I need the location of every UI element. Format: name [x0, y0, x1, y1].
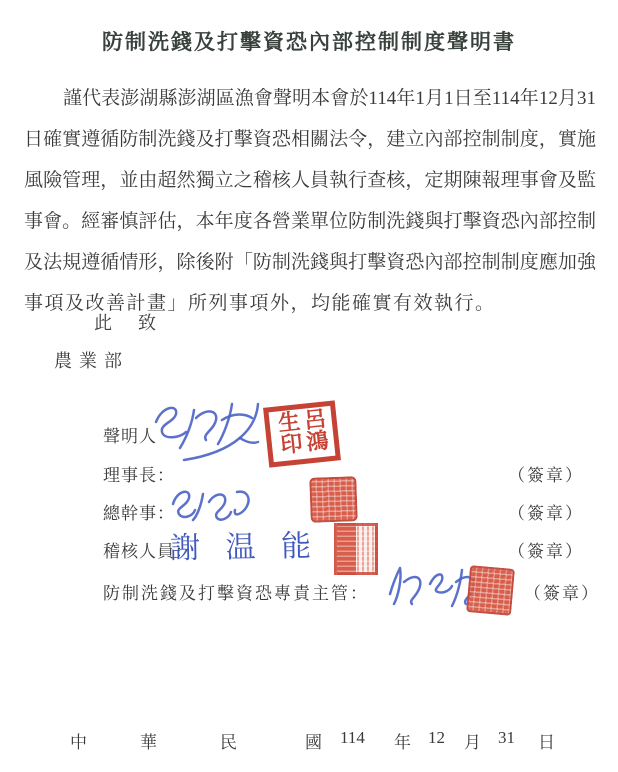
declarant-name-seal: 呂鴻生印	[263, 400, 341, 467]
declarant-handwritten-signature	[140, 394, 275, 470]
auditor-sign-stamp-note: （簽章）	[508, 537, 584, 562]
date-char: 國	[305, 728, 322, 753]
chairman-sign-stamp-note: （簽章）	[508, 461, 584, 486]
date-year-label: 年	[394, 728, 411, 753]
aml-officer-label: 防制洗錢及打擊資恐專責主管：	[103, 579, 369, 604]
roc-date-line: 中 華 民 國 114 年 12 月 31 日	[0, 728, 618, 752]
recipient-agency: 農業部	[54, 347, 129, 373]
declarant-seal-text: 呂鴻生印	[274, 406, 331, 461]
body-line: 風險管理，並由超然獨立之稽核人員執行查核，定期陳報理事會及監	[24, 160, 596, 201]
auditor-name-seal	[334, 523, 378, 575]
date-year-value: 114	[340, 728, 365, 748]
body-line: 及法規遵循情形，除後附「防制洗錢與打擊資恐內部控制制度應加強	[24, 242, 596, 283]
director-general-handwritten-signature	[163, 480, 255, 526]
aml-officer-name-seal	[466, 565, 515, 616]
salutation: 此 致	[94, 309, 160, 335]
body-line: 事會。經審慎評估，本年度各營業單位防制洗錢與打擊資恐內部控制	[24, 201, 596, 242]
date-day-label: 日	[538, 728, 555, 753]
date-month-value: 12	[428, 728, 445, 748]
date-day-value: 31	[498, 728, 515, 748]
body-paragraph: 謹代表澎湖縣澎湖區漁會聲明本會於114年1月1日至114年12月31 日確實遵循…	[24, 78, 596, 324]
aml-officer-sign-stamp-note: （簽章）	[524, 579, 600, 604]
body-line: 日確實遵循防制洗錢及打擊資恐相關法令，建立內部控制制度，實施	[24, 119, 596, 160]
date-char: 華	[140, 728, 157, 753]
page-title: 防制洗錢及打擊資恐內部控制制度聲明書	[0, 26, 618, 56]
date-char: 中	[70, 728, 87, 753]
date-char: 民	[220, 728, 237, 753]
director-general-sign-stamp-note: （簽章）	[508, 499, 584, 524]
date-month-label: 月	[464, 728, 481, 753]
director-general-name-seal	[309, 476, 358, 523]
body-line: 謹代表澎湖縣澎湖區漁會聲明本會於114年1月1日至114年12月31	[24, 78, 596, 119]
auditor-handwritten-name: 謝 温 能	[170, 521, 321, 568]
declaration-document: 防制洗錢及打擊資恐內部控制制度聲明書 謹代表澎湖縣澎湖區漁會聲明本會於114年1…	[0, 0, 618, 772]
